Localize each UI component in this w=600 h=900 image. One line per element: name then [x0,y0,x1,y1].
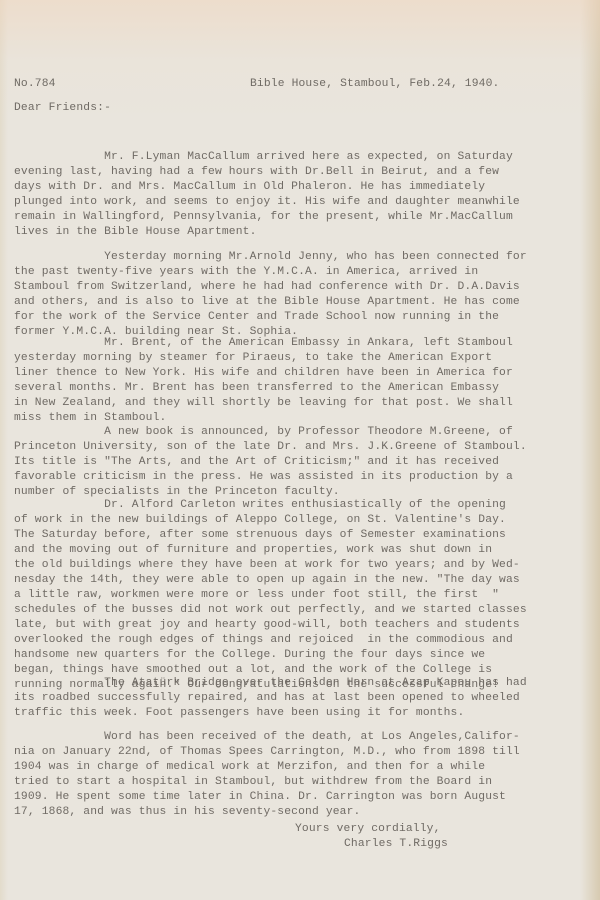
salutation: Dear Friends:- [14,101,111,116]
closing: Yours very cordially, [295,822,441,837]
paragraph: Dr. Alford Carleton writes enthusiastica… [14,498,527,693]
paragraph: Mr. F.Lyman MacCallum arrived here as ex… [14,150,520,240]
paragraph: Mr. Brent, of the American Embassy in An… [14,336,513,426]
typewritten-letter-page: No.784 Bible House, Stamboul, Feb.24, 19… [0,0,600,900]
letter-number: No.784 [14,77,56,92]
paragraph: Word has been received of the death, at … [14,730,520,820]
paragraph: Yesterday morning Mr.Arnold Jenny, who h… [14,250,527,340]
paragraph: The Atatürk Bridge over the Golden Horn … [14,676,527,721]
paragraph: A new book is announced, by Professor Th… [14,425,527,500]
signature: Charles T.Riggs [344,837,448,852]
letter-place-date: Bible House, Stamboul, Feb.24, 1940. [250,77,499,92]
